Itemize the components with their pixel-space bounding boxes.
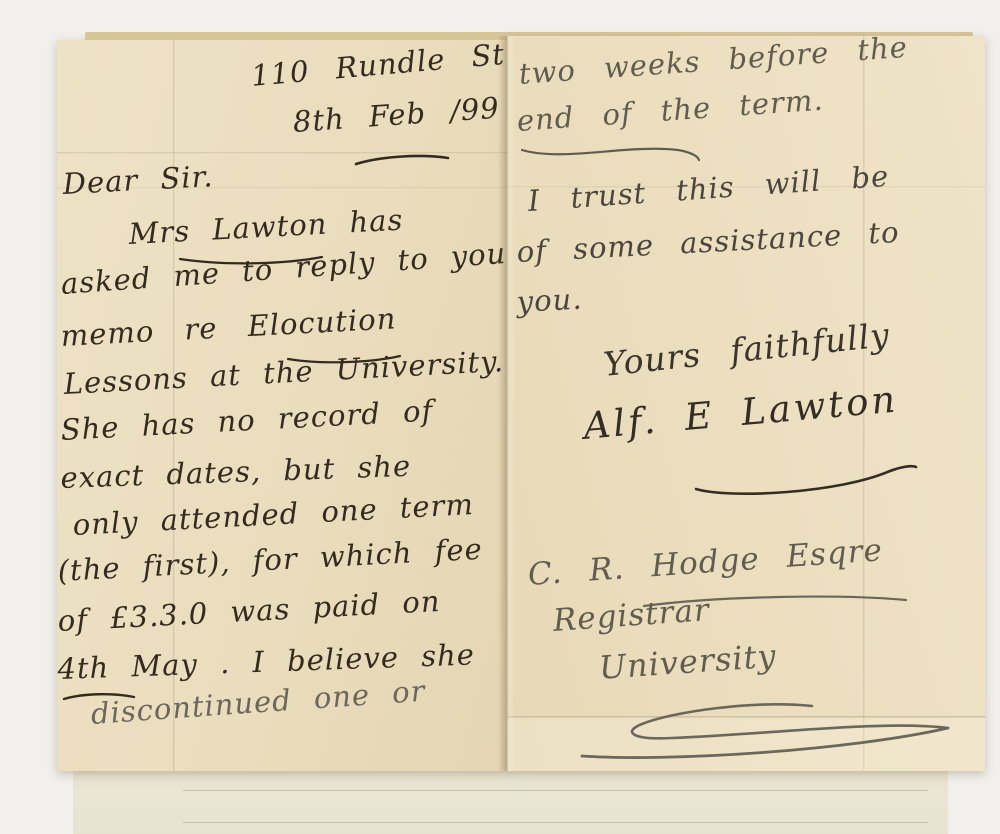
body-line: you. bbox=[516, 285, 583, 317]
under-sheet bbox=[73, 763, 948, 834]
ruled-line bbox=[183, 822, 928, 823]
paper-shading bbox=[507, 719, 985, 771]
fold-crease bbox=[57, 152, 507, 155]
ruled-line bbox=[183, 790, 928, 791]
salutation: Dear Sir. bbox=[62, 162, 214, 199]
scanned-letter: 110 Rundle St 8th Feb /99 Dear Sir. Mrs … bbox=[0, 0, 1000, 834]
